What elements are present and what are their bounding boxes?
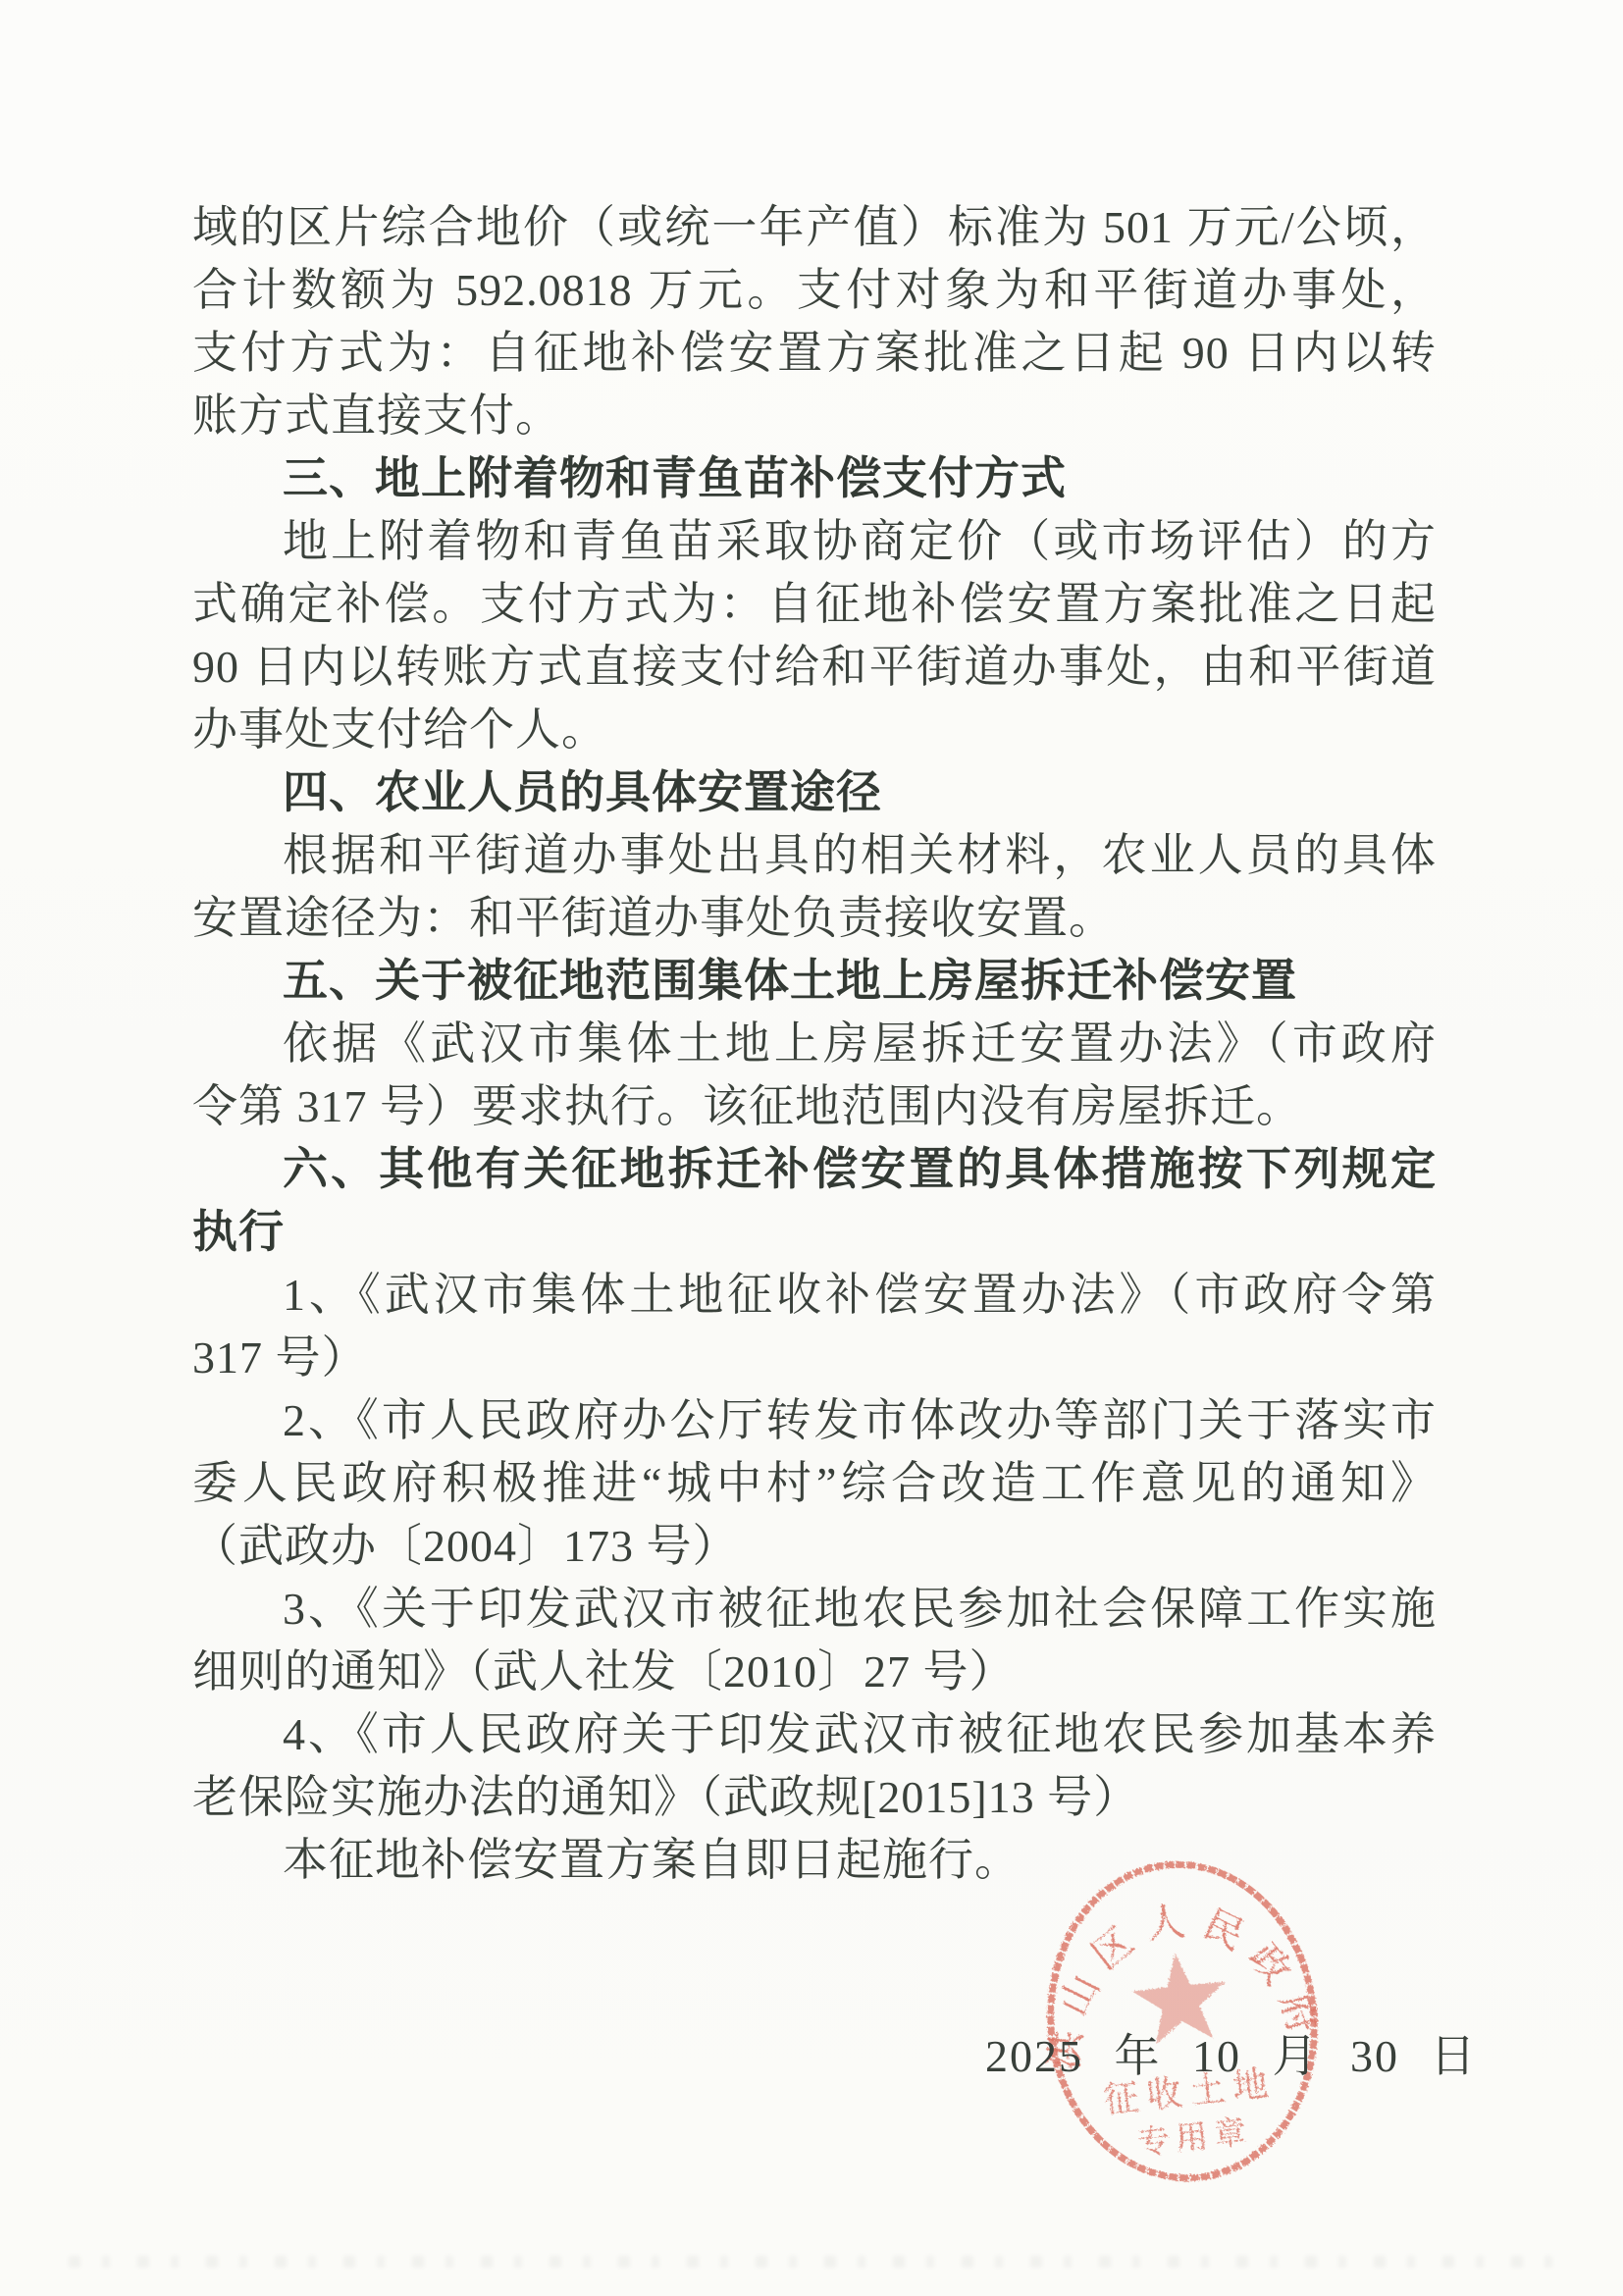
list-item-4: 4、《市人民政府关于印发武汉市被征地农民参加基本养 bbox=[192, 1703, 1437, 1766]
body-line: 办事处支付给个人。 bbox=[192, 699, 1437, 761]
body-line: 根据和平街道办事处出具的相关材料，农业人员的具体 bbox=[192, 824, 1437, 887]
body-line: 账方式直接支付。 bbox=[192, 385, 1437, 447]
body-line: 域的区片综合地价（或统一年产值）标准为 501 万元/公顷， bbox=[192, 196, 1437, 259]
list-item-1: 1、《武汉市集体土地征收补偿安置办法》（市政府令第 bbox=[192, 1264, 1437, 1327]
body-line: 合计数额为 592.0818 万元。支付对象为和平街道办事处， bbox=[192, 259, 1437, 322]
section-heading-4: 四、农业人员的具体安置途径 bbox=[192, 761, 1437, 824]
section-heading-6-cont: 执行 bbox=[192, 1201, 1437, 1264]
list-item-3: 3、《关于印发武汉市被征地农民参加社会保障工作实施 bbox=[192, 1578, 1437, 1641]
section-heading-3: 三、地上附着物和青鱼苗补偿支付方式 bbox=[192, 447, 1437, 510]
body-line: 式确定补偿。支付方式为：自征地补偿安置方案批准之日起 bbox=[192, 573, 1437, 636]
list-item-2: 2、《市人民政府办公厅转发市体改办等部门关于落实市 bbox=[192, 1389, 1437, 1452]
document-page: 域的区片综合地价（或统一年产值）标准为 501 万元/公顷， 合计数额为 592… bbox=[0, 0, 1623, 2296]
page-bleed-artifact bbox=[69, 2256, 1554, 2268]
list-item-4-cont: 老保险实施办法的通知》（武政规[2015]13 号） bbox=[192, 1766, 1437, 1829]
body-line: 支付方式为：自征地补偿安置方案批准之日起 90 日内以转 bbox=[192, 322, 1437, 385]
section-heading-5: 五、关于被征地范围集体土地上房屋拆迁补偿安置 bbox=[192, 950, 1437, 1013]
body-line: 地上附着物和青鱼苗采取协商定价（或市场评估）的方 bbox=[192, 510, 1437, 573]
document-body: 域的区片综合地价（或统一年产值）标准为 501 万元/公顷， 合计数额为 592… bbox=[192, 196, 1437, 1892]
body-line: 令第 317 号）要求执行。该征地范围内没有房屋拆迁。 bbox=[192, 1075, 1437, 1138]
list-item-1-cont: 317 号） bbox=[192, 1327, 1437, 1389]
list-item-2-cont: 委人民政府积极推进“城中村”综合改造工作意见的通知》 bbox=[192, 1452, 1437, 1515]
body-line: 安置途径为：和平街道办事处负责接收安置。 bbox=[192, 887, 1437, 950]
section-heading-6: 六、其他有关征地拆迁补偿安置的具体措施按下列规定 bbox=[192, 1138, 1437, 1201]
issue-date: 2025 年 10 月 30 日 bbox=[985, 2025, 1478, 2088]
list-item-3-cont: 细则的通知》（武人社发〔2010〕27 号） bbox=[192, 1641, 1437, 1703]
body-line: 依据《武汉市集体土地上房屋拆迁安置办法》（市政府 bbox=[192, 1013, 1437, 1075]
government-seal: 洪山区人民政府 征收土地 专用章 bbox=[1023, 1843, 1341, 2200]
body-line: 90 日内以转账方式直接支付给和平街道办事处，由和平街道 bbox=[192, 636, 1437, 699]
seal-bottom-text-2: 专用章 bbox=[1135, 2113, 1253, 2162]
list-item-2-cont: （武政办〔2004〕173 号） bbox=[192, 1515, 1437, 1578]
